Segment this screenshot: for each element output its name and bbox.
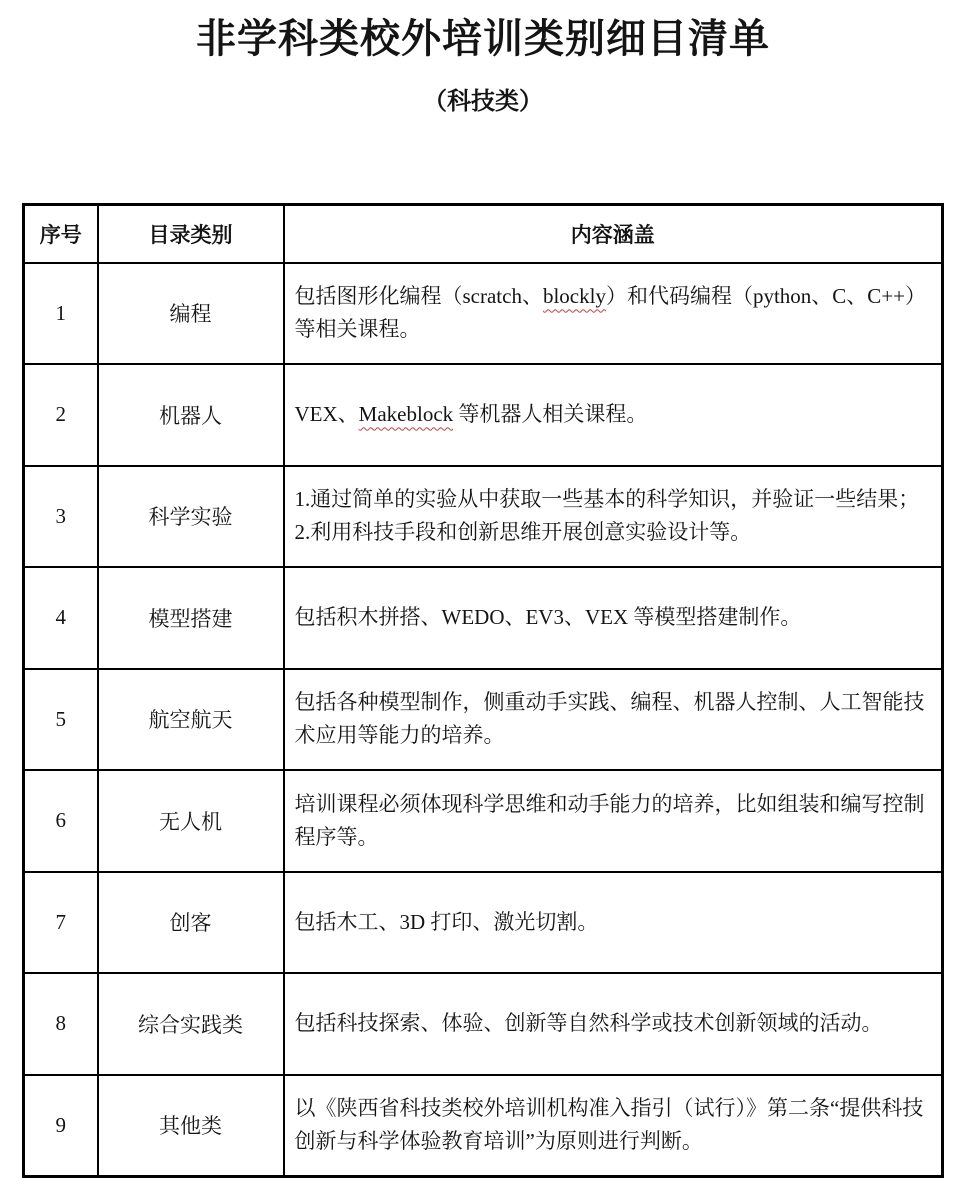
- content-paragraph: 包括图形化编程（scratch、blockly）和代码编程（python、C、C…: [295, 280, 930, 346]
- cell-no: 6: [24, 770, 98, 872]
- cell-content: VEX、Makeblock 等机器人相关课程。: [284, 364, 943, 466]
- content-text: 以《陕西省科技类校外培训机构准入指引（试行）》第二条“提供科技创新与科学体验教育…: [295, 1096, 924, 1153]
- cell-content: 包括木工、3D 打印、激光切割。: [284, 872, 943, 974]
- header-cell: 序号: [24, 205, 98, 263]
- header-cell: 内容涵盖: [284, 205, 943, 263]
- content-text: 1.通过简单的实验从中获取一些基本的科学知识，并验证一些结果；: [295, 487, 920, 511]
- cell-category: 无人机: [98, 770, 284, 872]
- document-page: 非学科类校外培训类别细目清单 （科技类） 序号目录类别内容涵盖 1编程包括图形化…: [0, 0, 966, 1178]
- content-paragraph: 包括各种模型制作，侧重动手实践、编程、机器人控制、人工智能技术应用等能力的培养。: [295, 686, 930, 752]
- table-row: 6无人机培训课程必须体现科学思维和动手能力的培养，比如组装和编写控制程序等。: [24, 770, 943, 872]
- cell-no: 3: [24, 466, 98, 568]
- content-paragraph: 包括木工、3D 打印、激光切割。: [295, 906, 930, 939]
- content-paragraph: VEX、Makeblock 等机器人相关课程。: [295, 398, 930, 431]
- table-header-row: 序号目录类别内容涵盖: [24, 205, 943, 263]
- content-text: VEX、: [295, 402, 359, 426]
- cell-category: 编程: [98, 263, 284, 365]
- table-row: 9其他类以《陕西省科技类校外培训机构准入指引（试行）》第二条“提供科技创新与科学…: [24, 1075, 943, 1177]
- cell-category: 机器人: [98, 364, 284, 466]
- misspelled-word: blockly: [543, 284, 606, 308]
- table-body: 1编程包括图形化编程（scratch、blockly）和代码编程（python、…: [24, 263, 943, 1177]
- content-paragraph: 包括科技探索、体验、创新等自然科学或技术创新领域的活动。: [295, 1007, 930, 1040]
- table-row: 8综合实践类包括科技探索、体验、创新等自然科学或技术创新领域的活动。: [24, 973, 943, 1075]
- table-row: 4模型搭建包括积木拼搭、WEDO、EV3、VEX 等模型搭建制作。: [24, 567, 943, 669]
- cell-category: 其他类: [98, 1075, 284, 1177]
- content-text: 包括各种模型制作，侧重动手实践、编程、机器人控制、人工智能技术应用等能力的培养。: [295, 690, 925, 747]
- content-paragraph: 包括积木拼搭、WEDO、EV3、VEX 等模型搭建制作。: [295, 601, 930, 634]
- cell-category: 综合实践类: [98, 973, 284, 1075]
- table-row: 2机器人VEX、Makeblock 等机器人相关课程。: [24, 364, 943, 466]
- table-row: 3科学实验1.通过简单的实验从中获取一些基本的科学知识，并验证一些结果；2.利用…: [24, 466, 943, 568]
- page-title: 非学科类校外培训类别细目清单: [0, 0, 966, 62]
- cell-category: 科学实验: [98, 466, 284, 568]
- category-table: 序号目录类别内容涵盖 1编程包括图形化编程（scratch、blockly）和代…: [22, 203, 944, 1178]
- content-paragraph: 以《陕西省科技类校外培训机构准入指引（试行）》第二条“提供科技创新与科学体验教育…: [295, 1092, 930, 1158]
- cell-content: 包括图形化编程（scratch、blockly）和代码编程（python、C、C…: [284, 263, 943, 365]
- table-row: 7创客包括木工、3D 打印、激光切割。: [24, 872, 943, 974]
- table-row: 1编程包括图形化编程（scratch、blockly）和代码编程（python、…: [24, 263, 943, 365]
- page-subtitle: （科技类）: [0, 88, 966, 117]
- cell-content: 包括科技探索、体验、创新等自然科学或技术创新领域的活动。: [284, 973, 943, 1075]
- cell-no: 2: [24, 364, 98, 466]
- cell-no: 9: [24, 1075, 98, 1177]
- cell-no: 5: [24, 669, 98, 771]
- content-paragraph: 培训课程必须体现科学思维和动手能力的培养，比如组装和编写控制程序等。: [295, 788, 930, 854]
- cell-content: 培训课程必须体现科学思维和动手能力的培养，比如组装和编写控制程序等。: [284, 770, 943, 872]
- cell-no: 4: [24, 567, 98, 669]
- content-text: 包括木工、3D 打印、激光切割。: [295, 910, 599, 934]
- content-text: 等机器人相关课程。: [453, 402, 647, 426]
- cell-content: 包括各种模型制作，侧重动手实践、编程、机器人控制、人工智能技术应用等能力的培养。: [284, 669, 943, 771]
- content-text: 培训课程必须体现科学思维和动手能力的培养，比如组装和编写控制程序等。: [295, 792, 925, 849]
- cell-content: 以《陕西省科技类校外培训机构准入指引（试行）》第二条“提供科技创新与科学体验教育…: [284, 1075, 943, 1177]
- content-text: 2.利用科技手段和创新思维开展创意实验设计等。: [295, 520, 752, 544]
- cell-no: 8: [24, 973, 98, 1075]
- header-cell: 目录类别: [98, 205, 284, 263]
- misspelled-word: Makeblock: [359, 402, 453, 426]
- content-paragraph: 1.通过简单的实验从中获取一些基本的科学知识，并验证一些结果；: [295, 483, 930, 516]
- content-text: 包括图形化编程（scratch、: [295, 284, 543, 308]
- cell-category: 模型搭建: [98, 567, 284, 669]
- content-paragraph: 2.利用科技手段和创新思维开展创意实验设计等。: [295, 516, 930, 549]
- content-text: 包括积木拼搭、WEDO、EV3、VEX 等模型搭建制作。: [295, 605, 802, 629]
- content-text: 包括科技探索、体验、创新等自然科学或技术创新领域的活动。: [295, 1011, 883, 1035]
- cell-no: 1: [24, 263, 98, 365]
- cell-category: 航空航天: [98, 669, 284, 771]
- cell-no: 7: [24, 872, 98, 974]
- cell-content: 包括积木拼搭、WEDO、EV3、VEX 等模型搭建制作。: [284, 567, 943, 669]
- cell-content: 1.通过简单的实验从中获取一些基本的科学知识，并验证一些结果；2.利用科技手段和…: [284, 466, 943, 568]
- table-row: 5航空航天包括各种模型制作，侧重动手实践、编程、机器人控制、人工智能技术应用等能…: [24, 669, 943, 771]
- cell-category: 创客: [98, 872, 284, 974]
